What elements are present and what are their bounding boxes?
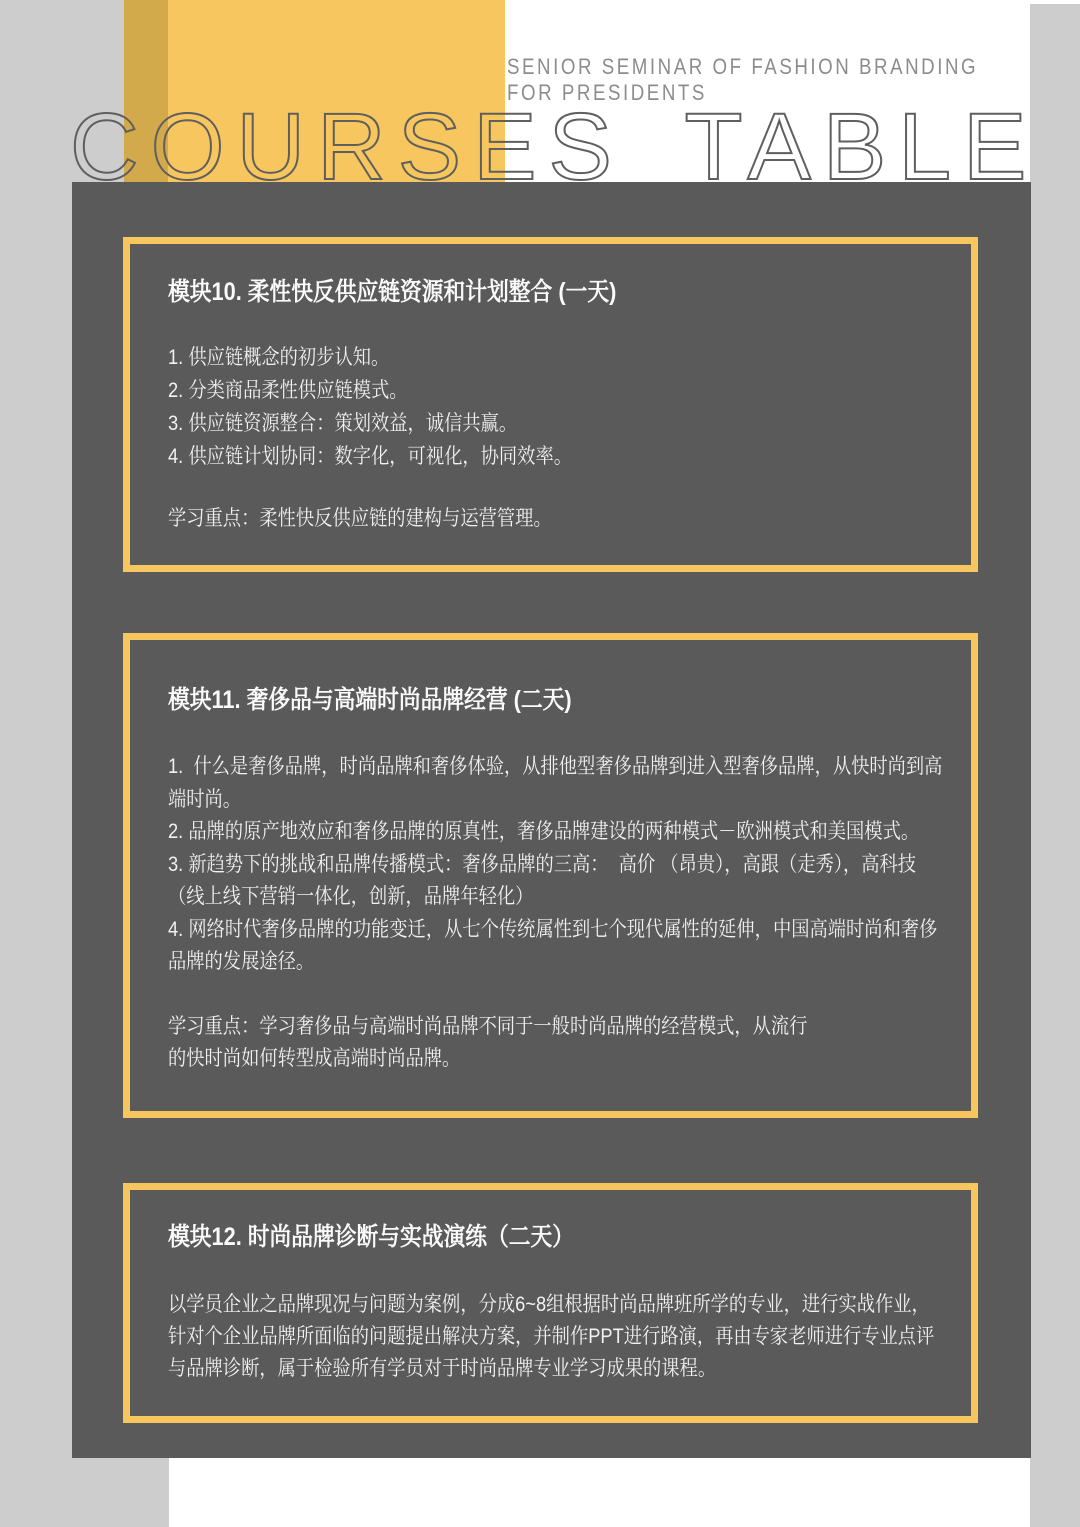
module-12-lines: 以学员企业之品牌现况与问题为案例，分成6~8组根据时尚品牌班所学的专业，进行实战…: [168, 1289, 858, 1385]
poster-page: { "colors": { "yellow": "#f7c65f", "must…: [0, 0, 1080, 1527]
module-text-line: 3. 供应链资源整合：策划效益，诚信共赢。: [168, 407, 858, 440]
module-10-content: 模块10. 柔性快反供应链资源和计划整合 (一天) 1. 供应链概念的初步认知。…: [168, 277, 858, 535]
module-text-line: 以学员企业之品牌现况与问题为案例，分成6~8组根据时尚品牌班所学的专业，进行实战…: [168, 1289, 858, 1321]
module-text-line: 1. 什么是奢侈品牌，时尚品牌和奢侈体验，从排他型奢侈品牌到进入型奢侈品牌，从快…: [168, 751, 858, 784]
module-text-line: 2. 分类商品柔性供应链模式。: [168, 374, 858, 407]
module-box-12: 模块12. 时尚品牌诊断与实战演练（二天） 以学员企业之品牌现况与问题为案例，分…: [123, 1183, 978, 1423]
module-box-10: 模块10. 柔性快反供应链资源和计划整合 (一天) 1. 供应链概念的初步认知。…: [123, 237, 978, 572]
module-10-title: 模块10. 柔性快反供应链资源和计划整合 (一天): [168, 277, 858, 307]
module-text-line: 4. 供应链计划协同：数字化，可视化，协同效率。: [168, 440, 858, 473]
module-text-line: 1. 供应链概念的初步认知。: [168, 341, 858, 374]
module-11-title: 模块11. 奢侈品与高端时尚品牌经营 (二天): [168, 685, 858, 715]
module-text-line: （线上线下营销一体化，创新，品牌年轻化）: [168, 881, 858, 914]
module-text-line: 针对个企业品牌所面临的问题提出解决方案，并制作PPT进行路演，再由专家老师进行专…: [168, 1321, 858, 1353]
module-12-title: 模块12. 时尚品牌诊断与实战演练（二天）: [168, 1222, 858, 1252]
module-box-11: 模块11. 奢侈品与高端时尚品牌经营 (二天) 1. 什么是奢侈品牌，时尚品牌和…: [123, 633, 978, 1118]
focus-text-line: 的快时尚如何转型成高端时尚品牌。: [168, 1043, 858, 1076]
module-11-focus: 学习重点：学习奢侈品与高端时尚品牌不同于一般时尚品牌的经营模式，从流行的快时尚如…: [168, 1011, 858, 1076]
big-title: COURSES TABLE: [70, 100, 1038, 195]
module-text-line: 4. 网络时代奢侈品牌的功能变迁，从七个传统属性到七个现代属性的延伸，中国高端时…: [168, 914, 858, 947]
module-11-lines: 1. 什么是奢侈品牌，时尚品牌和奢侈体验，从排他型奢侈品牌到进入型奢侈品牌，从快…: [168, 751, 858, 979]
focus-text-line: 学习重点：柔性快反供应链的建构与运营管理。: [168, 502, 858, 535]
module-text-line: 3. 新趋势下的挑战和品牌传播模式：奢侈品牌的三高： 高价 （昂贵），高跟（走秀…: [168, 849, 858, 882]
module-text-line: 与品牌诊断，属于检验所有学员对于时尚品牌专业学习成果的课程。: [168, 1353, 858, 1385]
module-10-focus: 学习重点：柔性快反供应链的建构与运营管理。: [168, 502, 858, 535]
focus-text-line: 学习重点：学习奢侈品与高端时尚品牌不同于一般时尚品牌的经营模式，从流行: [168, 1011, 858, 1044]
module-10-lines: 1. 供应链概念的初步认知。2. 分类商品柔性供应链模式。3. 供应链资源整合：…: [168, 341, 858, 473]
header-subtitle-line1: SENIOR SEMINAR OF FASHION BRANDING: [507, 54, 978, 80]
module-text-line: 品牌的发展途径。: [168, 946, 858, 979]
module-text-line: 端时尚。: [168, 784, 858, 817]
right-gray-band: [1030, 4, 1080, 1527]
bottom-left-gray-block: [0, 1458, 169, 1527]
module-11-content: 模块11. 奢侈品与高端时尚品牌经营 (二天) 1. 什么是奢侈品牌，时尚品牌和…: [168, 685, 858, 1076]
module-12-content: 模块12. 时尚品牌诊断与实战演练（二天） 以学员企业之品牌现况与问题为案例，分…: [168, 1222, 858, 1385]
module-text-line: 2. 品牌的原产地效应和奢侈品牌的原真性，奢侈品牌建设的两种模式－欧洲模式和美国…: [168, 816, 858, 849]
